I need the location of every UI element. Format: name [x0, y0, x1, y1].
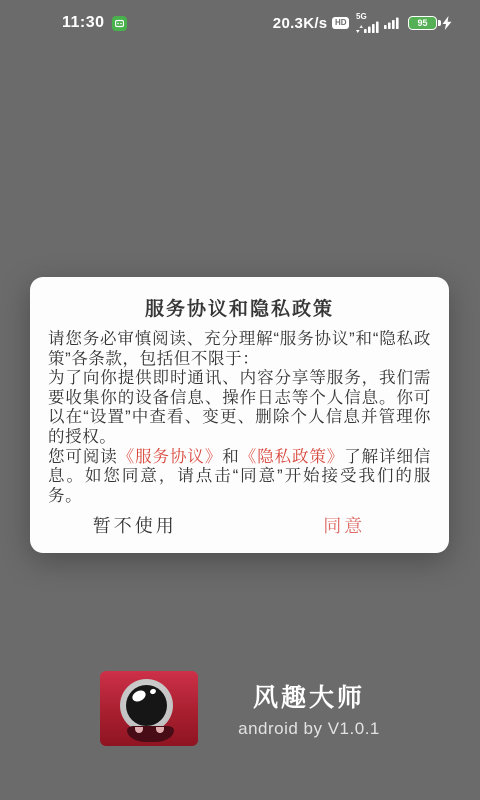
- chat-notification-icon: [112, 16, 127, 31]
- phone-screen: 11:30 20.3K/s HD 5G: [0, 0, 480, 800]
- camera-lens-ring: [120, 679, 173, 732]
- camera-lens-pupil: [126, 685, 167, 726]
- signal-sim1-icon: 5G: [356, 13, 379, 33]
- tooth-right: [156, 727, 164, 733]
- app-version: android by V1.0.1: [238, 719, 380, 739]
- agree-button[interactable]: 同意: [240, 512, 450, 546]
- lens-highlight-large: [131, 688, 148, 703]
- decline-button[interactable]: 暂不使用: [30, 512, 240, 546]
- dialog-paragraph-1: 请您务必审慎阅读、充分理解“服务协议”和“隐私政策”各条款，包括但不限于：: [48, 330, 431, 369]
- dialog-body: 请您务必审慎阅读、充分理解“服务协议”和“隐私政策”各条款，包括但不限于： 为了…: [48, 330, 431, 506]
- hd-volte-icon: HD: [332, 17, 349, 29]
- network-type-label: 5G: [356, 13, 367, 21]
- dialog-paragraph-3: 您可阅读《服务协议》和《隐私政策》了解详细信息。如您同意，请点击“同意”开始接受…: [48, 448, 431, 507]
- battery-icon: 95: [408, 16, 437, 30]
- service-agreement-link[interactable]: 《服务协议》: [118, 448, 223, 466]
- smile-mouth: [127, 726, 174, 742]
- dialog-title: 服务协议和隐私政策: [48, 294, 431, 321]
- clock: 11:30: [62, 14, 105, 32]
- signal-bars-1: [364, 21, 379, 33]
- app-branding: 风趣大师 android by V1.0.1: [0, 671, 480, 746]
- data-arrows-icon: [356, 25, 363, 33]
- charging-bolt-icon: [442, 16, 452, 30]
- privacy-policy-link[interactable]: 《隐私政策》: [240, 448, 345, 466]
- paragraph-3-mid: 和: [222, 448, 239, 466]
- app-logo-icon: [100, 671, 198, 746]
- app-name: 风趣大师: [253, 678, 365, 714]
- tooth-left: [135, 727, 143, 733]
- paragraph-3-pre: 您可阅读: [48, 448, 118, 466]
- dialog-paragraph-2: 为了向你提供即时通讯、内容分享等服务，我们需要收集你的设备信息、操作日志等个人信…: [48, 369, 431, 447]
- lens-highlight-small: [149, 688, 156, 695]
- status-bar: 11:30 20.3K/s HD 5G: [0, 0, 480, 42]
- network-speed: 20.3K/s: [273, 15, 328, 32]
- app-text-block: 风趣大师 android by V1.0.1: [238, 678, 380, 739]
- privacy-policy-dialog: 服务协议和隐私政策 请您务必审慎阅读、充分理解“服务协议”和“隐私政策”各条款，…: [30, 277, 449, 553]
- dialog-actions: 暂不使用 同意: [30, 505, 449, 553]
- status-bar-right: 20.3K/s HD 5G: [273, 13, 452, 33]
- signal-sim2-icon: [384, 17, 399, 29]
- status-bar-left: 11:30: [62, 14, 127, 32]
- battery-percent: 95: [417, 19, 427, 28]
- robot-face-glyph: [115, 19, 124, 28]
